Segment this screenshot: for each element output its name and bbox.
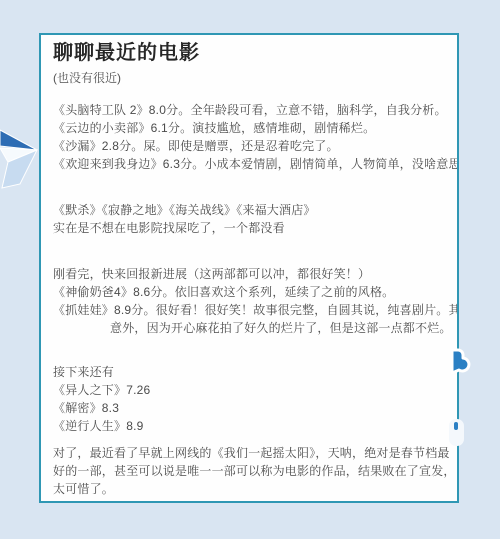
review-line: 《神偷奶爸4》8.6分。依旧喜欢这个系列，延续了之前的风格。: [53, 283, 449, 301]
review-line: 《欢迎来到我身边》6.3分。小成本爱情剧，剧情简单，人物简单，没啥意思。: [53, 155, 449, 173]
section-postscript: 对了，最近看了早就上网线的《我们一起摇太阳》，天呐，绝对是春节档最 好的一部，甚…: [53, 444, 449, 498]
notch-tick: [454, 422, 458, 430]
review-line: 意外，因为开心麻花拍了好久的烂片了，但是这部一点都不烂。: [53, 319, 449, 337]
review-line: 实在是不想在电影院找屎吃了，一个都没看: [53, 219, 449, 237]
white-blob-decoration: [449, 419, 464, 446]
review-line: 《云边的小卖部》6.1分。演技尴尬，感情堆砌，剧情稀烂。: [53, 119, 449, 137]
section-new-update: 刚看完，快来回报新进展（这两部都可以冲，都很好笑！） 《神偷奶爸4》8.6分。依…: [53, 265, 449, 337]
review-line: 《逆行人生》8.9: [53, 417, 449, 435]
review-line: 《异人之下》7.26: [53, 381, 449, 399]
section-recent-ratings: 《头脑特工队 2》8.0分。全年龄段可看，立意不错，脑科学，自我分析。 《云边的…: [53, 101, 449, 173]
review-line: 对了，最近看了早就上网线的《我们一起摇太阳》，天呐，绝对是春节档最: [53, 444, 449, 462]
section-upcoming: 接下来还有 《异人之下》7.26 《解密》8.3 《逆行人生》8.9: [53, 363, 449, 435]
review-line: 《解密》8.3: [53, 399, 449, 417]
movie-notes-card: 聊聊最近的电影 (也没有很近) 《头脑特工队 2》8.0分。全年龄段可看，立意不…: [39, 33, 459, 503]
review-line: 好的一部，甚至可以说是唯一一部可以称为电影的作品，结果败在了宣发，: [53, 462, 449, 480]
review-line: 《头脑特工队 2》8.0分。全年龄段可看，立意不错，脑科学，自我分析。: [53, 101, 449, 119]
review-line: 接下来还有: [53, 363, 449, 381]
review-line: 《默杀》《寂静之地》《海关战线》《来福大酒店》: [53, 201, 449, 219]
note-title: 聊聊最近的电影: [53, 41, 449, 65]
note-subtitle: (也没有很近): [53, 70, 449, 87]
paper-plane-icon: [0, 126, 40, 190]
section-skipped-movies: 《默杀》《寂静之地》《海关战线》《来福大酒店》 实在是不想在电影院找屎吃了，一个…: [53, 201, 449, 237]
review-line: 《沙漏》2.8分。屎。即使是赠票，还是忍着吃完了。: [53, 137, 449, 155]
review-line: 太可惜了。: [53, 480, 449, 498]
review-line: 《抓娃娃》8.9分。很好看！很好笑！故事很完整，自圆其说，纯喜剧片。其实有点: [53, 301, 449, 319]
blue-blob-decoration: [444, 346, 474, 380]
page-background: 聊聊最近的电影 (也没有很近) 《头脑特工队 2》8.0分。全年龄段可看，立意不…: [0, 0, 500, 539]
review-line: 刚看完，快来回报新进展（这两部都可以冲，都很好笑！）: [53, 265, 449, 283]
